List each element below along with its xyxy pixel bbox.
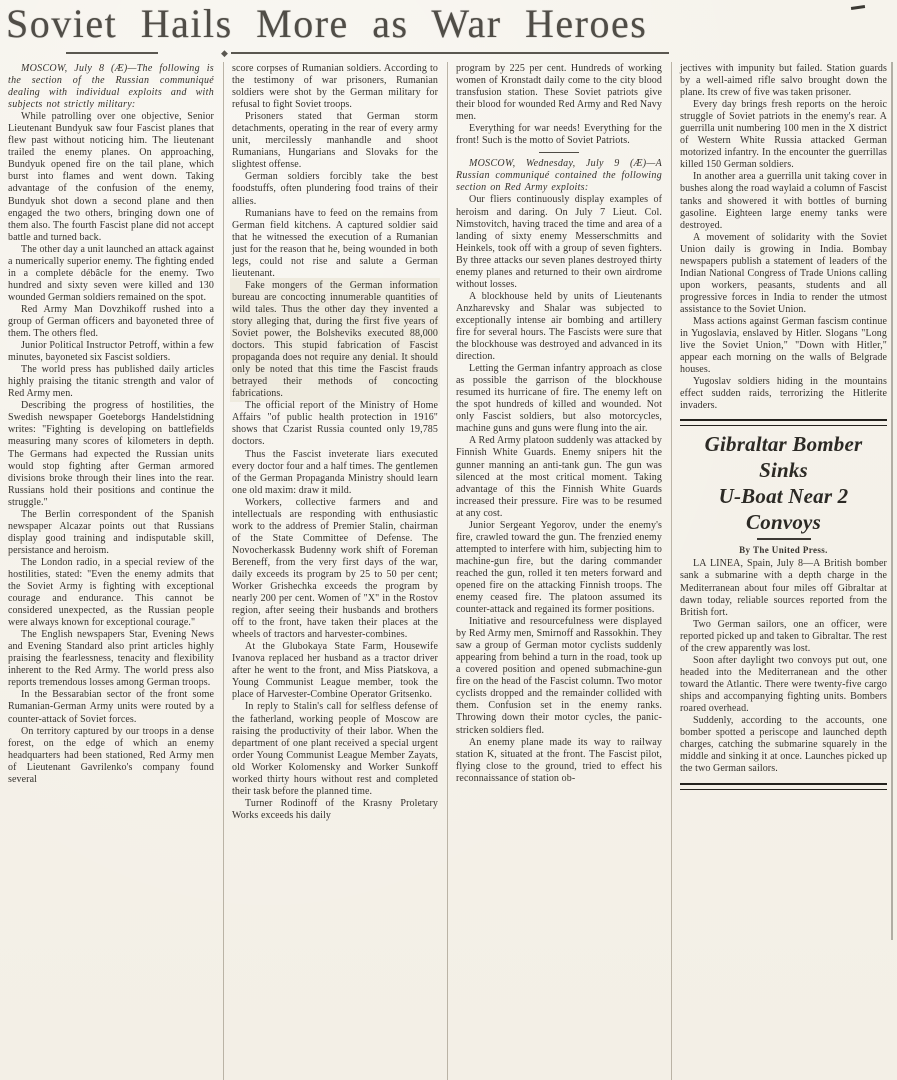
paragraph: In the Bessarabian sector of the front s… xyxy=(8,689,214,725)
paragraph: program by 225 per cent. Hundreds of wor… xyxy=(456,63,662,123)
paragraph: Junior Sergeant Yegorov, under the enemy… xyxy=(456,520,662,616)
headline-underline: ◆ xyxy=(0,50,897,56)
gibraltar-byline-divider xyxy=(757,538,811,540)
paragraph: Describing the progress of hostilities, … xyxy=(8,400,214,508)
paragraph: The world press has published daily arti… xyxy=(8,364,214,400)
column-1: MOSCOW, July 8 (Æ)—The following is the … xyxy=(0,62,224,1080)
paragraph: Thus the Fascist inveterate liars execut… xyxy=(232,449,438,497)
newspaper-page: Soviet Hails More as War Heroes ◆ MOSCOW… xyxy=(0,0,897,1080)
gibraltar-body: LA LINEA, Spain, July 8—A British bomber… xyxy=(680,558,887,775)
paragraph: At the Glubokaya State Farm, Housewife I… xyxy=(232,641,438,701)
column-3: program by 225 per cent. Hundreds of wor… xyxy=(448,62,672,1080)
paragraph: Two German sailors, one an officer, were… xyxy=(680,619,887,655)
main-headline: Soviet Hails More as War Heroes xyxy=(0,0,897,46)
dateline-intro-2: MOSCOW, Wednesday, July 9 (Æ)—A Russian … xyxy=(456,158,662,194)
headline-rule-long xyxy=(231,52,669,54)
paragraph: Turner Rodinoff of the Krasny Proletary … xyxy=(232,798,438,822)
paragraph: Yugoslav soldiers hiding in the mountain… xyxy=(680,376,887,412)
paragraph: Every day brings fresh reports on the he… xyxy=(680,99,887,171)
paragraph: A movement of solidarity with the Soviet… xyxy=(680,232,887,316)
paragraph: A Red Army platoon suddenly was attacked… xyxy=(456,435,662,519)
dateline-intro: MOSCOW, July 8 (Æ)—The following is the … xyxy=(8,63,214,111)
page-edge-rule xyxy=(891,62,893,940)
column-2: score corpses of Rumanian soldiers. Acco… xyxy=(224,62,448,1080)
paragraph: Red Army Man Dovzhikoff rushed into a gr… xyxy=(8,304,214,340)
column-4: jectives with impunity but failed. Stati… xyxy=(672,62,896,1080)
paragraph: While patrolling over one objective, Sen… xyxy=(8,111,214,244)
column-2-body-top: score corpses of Rumanian soldiers. Acco… xyxy=(232,63,438,280)
paragraph: score corpses of Rumanian soldiers. Acco… xyxy=(232,63,438,111)
paragraph: Soon after daylight two convoys put out,… xyxy=(680,655,887,715)
paragraph: Junior Political Instructor Petroff, wit… xyxy=(8,340,214,364)
paragraph: LA LINEA, Spain, July 8—A British bomber… xyxy=(680,558,887,618)
paragraph: The other day a unit launched an attack … xyxy=(8,244,214,304)
paragraph: Suddenly, according to the accounts, one… xyxy=(680,715,887,775)
column-1-body: While patrolling over one objective, Sen… xyxy=(8,111,214,786)
gibraltar-byline: By The United Press. xyxy=(680,544,887,556)
masthead: Soviet Hails More as War Heroes ◆ xyxy=(0,0,897,60)
column-2-body-bottom: The official report of the Ministry of H… xyxy=(232,400,438,822)
paragraph: Rumanians have to feed on the remains fr… xyxy=(232,208,438,280)
paragraph: Mass actions against German fascism cont… xyxy=(680,316,887,376)
gibraltar-bottom-rule xyxy=(680,783,887,790)
paragraph: In another area a guerrilla unit taking … xyxy=(680,171,887,231)
paragraph: Everything for war needs! Everything for… xyxy=(456,123,662,147)
paragraph: In reply to Stalin's call for selfless d… xyxy=(232,701,438,797)
paragraph: Initiative and resourcefulness were disp… xyxy=(456,616,662,736)
paragraph: A blockhouse held by units of Lieutenant… xyxy=(456,291,662,363)
paragraph: The Berlin correspondent of the Spanish … xyxy=(8,509,214,557)
faded-paragraph: Fake mongers of the German information b… xyxy=(232,280,438,400)
paragraph: The London radio, in a special review of… xyxy=(8,557,214,629)
diamond-ornament-icon: ◆ xyxy=(221,48,228,59)
paragraph: The English newspapers Star, Evening New… xyxy=(8,629,214,689)
headline-rule-short xyxy=(66,52,158,54)
article-columns: MOSCOW, July 8 (Æ)—The following is the … xyxy=(0,62,897,1080)
paragraph: The official report of the Ministry of H… xyxy=(232,400,438,448)
column-3-body-top: program by 225 per cent. Hundreds of wor… xyxy=(456,63,662,147)
paragraph: jectives with impunity but failed. Stati… xyxy=(680,63,887,99)
paragraph: Letting the German infantry approach as … xyxy=(456,363,662,435)
paragraph: Workers, collective farmers and and inte… xyxy=(232,497,438,642)
paragraph: On territory captured by our troops in a… xyxy=(8,726,214,786)
gibraltar-top-rule xyxy=(680,419,887,426)
section-divider-rule xyxy=(539,152,579,153)
column-3-body: Our fliers continuously display examples… xyxy=(456,194,662,784)
paragraph: An enemy plane made its way to railway s… xyxy=(456,737,662,785)
paragraph: Prisoners stated that German storm detac… xyxy=(232,111,438,171)
gibraltar-headline: Gibraltar Bomber Sinks U-Boat Near 2 Con… xyxy=(680,431,887,535)
paragraph: Our fliers continuously display examples… xyxy=(456,194,662,290)
column-4-body: jectives with impunity but failed. Stati… xyxy=(680,63,887,412)
paragraph: German soldiers forcibly take the best f… xyxy=(232,171,438,207)
